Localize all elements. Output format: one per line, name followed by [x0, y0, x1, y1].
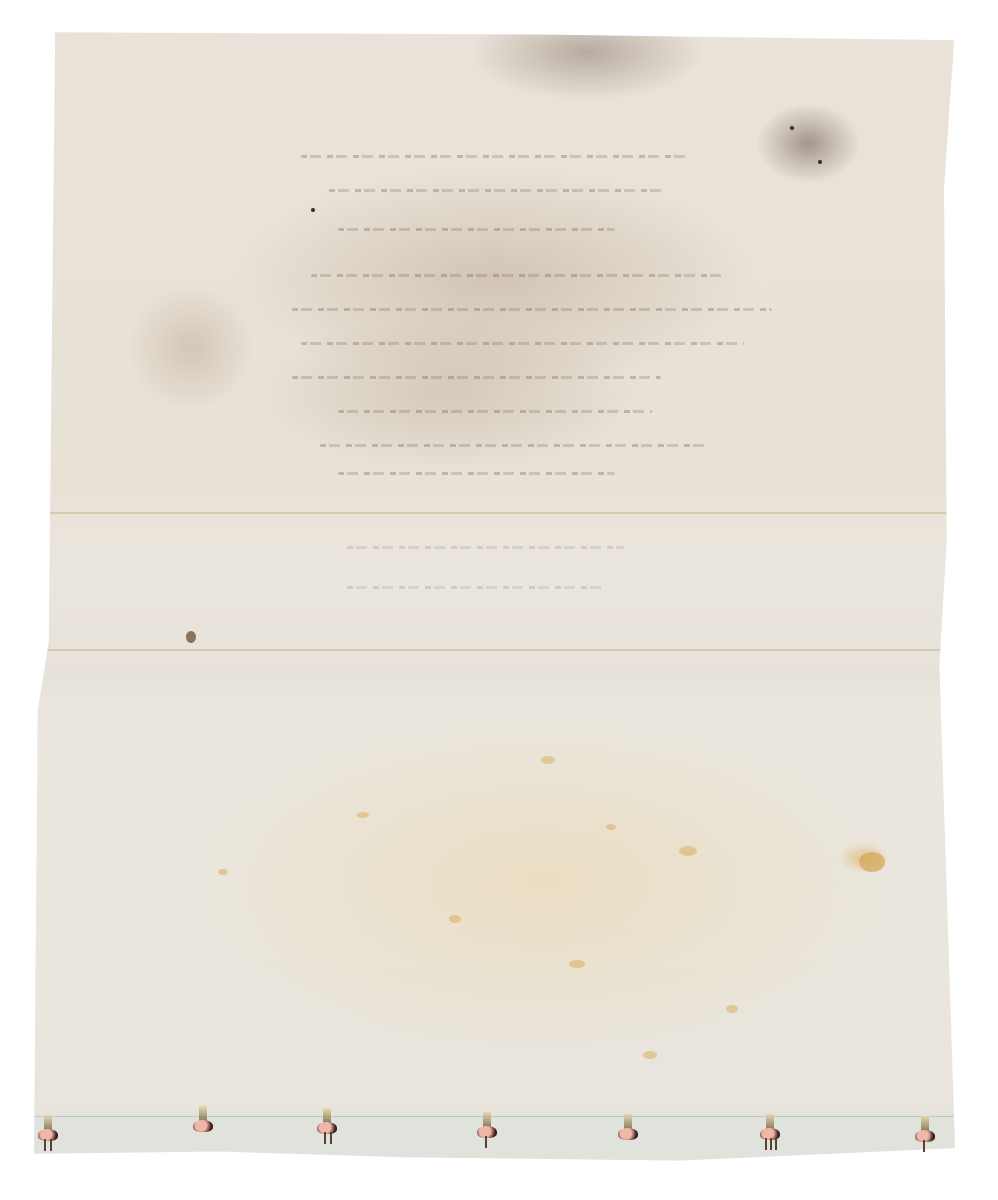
yellow-splatter	[859, 852, 885, 872]
rose-stain	[915, 1116, 935, 1152]
ink-spot	[311, 208, 315, 212]
faded-script-line	[347, 546, 624, 549]
ink-spot	[818, 160, 822, 164]
rose-stain	[193, 1106, 213, 1142]
faded-script-line	[301, 342, 744, 345]
yellow-splatter	[679, 846, 697, 856]
yellow-splatter	[643, 1051, 657, 1059]
stained-cloth	[34, 30, 956, 1164]
yellow-splatter	[606, 824, 616, 830]
faded-script-line	[292, 308, 771, 311]
faded-script-line	[311, 274, 726, 277]
faded-script-line	[338, 410, 651, 413]
ink-spot	[186, 631, 196, 643]
faded-script-line	[320, 444, 707, 447]
yellow-splatter	[449, 915, 461, 923]
faded-script-line	[338, 472, 615, 475]
yellow-splatter	[569, 960, 585, 968]
faded-script-line	[338, 228, 615, 231]
yellow-splatter	[541, 756, 555, 764]
rose-stain	[477, 1112, 497, 1148]
rose-stain	[38, 1115, 58, 1151]
rose-stain	[317, 1108, 337, 1144]
rose-stain	[760, 1114, 780, 1150]
yellow-splatter	[726, 1005, 738, 1013]
fold-seam	[34, 512, 956, 514]
ink-spot	[790, 126, 794, 130]
yellow-splatter	[357, 812, 369, 818]
faded-script-line	[347, 586, 605, 589]
faded-script-line	[329, 189, 661, 192]
faded-script-line	[301, 155, 688, 158]
rose-stain	[618, 1114, 638, 1150]
faded-script-line	[292, 376, 661, 379]
fold-seam	[34, 649, 956, 651]
yellow-splatter	[218, 869, 228, 875]
